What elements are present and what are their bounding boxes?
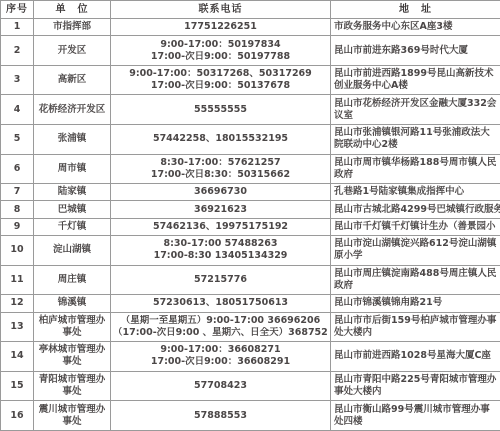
address-cell: 昆山市锦溪镇锦甪路21号 xyxy=(331,295,500,312)
unit-cell: 青阳城市管理办事处 xyxy=(34,371,111,401)
serial-cell: 14 xyxy=(1,342,34,372)
address-cell: 昆山市淀山湖镇淀兴路612号淀山湖镇原小学 xyxy=(331,236,500,266)
table-row: 3高新区9:00-17:00：50317268、5031726917:00-次日… xyxy=(1,65,500,95)
address-cell: 昆山市张浦镇银河路11号张浦政法大院联动中心2楼 xyxy=(331,125,500,155)
table-row: 16震川城市管理办事处57888553昆山市衡山路99号震川城市管理办事处四楼 xyxy=(1,401,500,431)
phone-cell: 57215776 xyxy=(111,265,331,295)
table-row: 13柏庐城市管理办事处（星期一至星期五）9:00-17:00 36696206（… xyxy=(1,312,500,342)
phone-cell: 57462136、19975175192 xyxy=(111,218,331,235)
phone-line: 9:00-17:00：36608271 xyxy=(113,344,328,356)
phone-cell: 57888553 xyxy=(111,401,331,431)
phone-cell: 8:30-17:00 5748826317:00-8:30 1340513432… xyxy=(111,236,331,266)
table-body: 1市指挥部17751226251市政务服务中心东区A座3楼2开发区9:00-17… xyxy=(1,19,500,431)
address-cell: 昆山市千灯镇千灯镇计生办（善景园小 xyxy=(331,218,500,235)
table-row: 11周庄镇57215776昆山市周庄镇淀南路488号周庄镇人民政府 xyxy=(1,265,500,295)
phone-line: 17:00-次日9:00：50197788 xyxy=(113,51,328,63)
table-header: 序号 单 位 联系电话 地 址 xyxy=(1,1,500,19)
serial-cell: 6 xyxy=(1,154,34,184)
unit-cell: 周庄镇 xyxy=(34,265,111,295)
phone-line: （星期一至星期五）9:00-17:00 36696206 xyxy=(113,315,328,327)
address-cell: 孔巷路1号陆家镇集成指挥中心 xyxy=(331,184,500,201)
unit-cell: 张浦镇 xyxy=(34,125,111,155)
table-row: 10淀山湖镇8:30-17:00 5748826317:00-8:30 1340… xyxy=(1,236,500,266)
table-row: 2开发区9:00-17:00：5019783417:00-次日9:00：5019… xyxy=(1,36,500,66)
table-row: 6周市镇8:30-17:00：5762125717:00-次日8:30：5031… xyxy=(1,154,500,184)
unit-cell: 陆家镇 xyxy=(34,184,111,201)
serial-cell: 13 xyxy=(1,312,34,342)
table-row: 12锦溪镇57230613、18051750613昆山市锦溪镇锦甪路21号 xyxy=(1,295,500,312)
phone-line: 57708423 xyxy=(113,380,328,392)
address-cell: 昆山市前进东路369号时代大厦 xyxy=(331,36,500,66)
phone-line: 57230613、18051750613 xyxy=(113,297,328,309)
phone-line: 17:00-8:30 13405134329 xyxy=(113,250,328,262)
phone-line: 57215776 xyxy=(113,274,328,286)
table-row: 1市指挥部17751226251市政务服务中心东区A座3楼 xyxy=(1,19,500,36)
phone-line: 17:00-次日9:00：50137678 xyxy=(113,80,328,92)
header-phone: 联系电话 xyxy=(111,1,331,19)
table-row: 8巴城镇36921623昆山市古城北路4299号巴城镇行政服务中 xyxy=(1,201,500,218)
phone-line: 36921623 xyxy=(113,204,328,216)
unit-cell: 淀山湖镇 xyxy=(34,236,111,266)
unit-cell: 高新区 xyxy=(34,65,111,95)
address-cell: 昆山市衡山路99号震川城市管理办事处四楼 xyxy=(331,401,500,431)
serial-cell: 16 xyxy=(1,401,34,431)
serial-cell: 7 xyxy=(1,184,34,201)
phone-line: 36696730 xyxy=(113,186,328,198)
phone-line: （17:00-次日9:00 、星期六、日全天）36875257 xyxy=(113,327,328,339)
phone-line: 57462136、19975175192 xyxy=(113,221,328,233)
phone-cell: 9:00-17:00：3660827117:00-次日9:00：36608291 xyxy=(111,342,331,372)
phone-cell: 57708423 xyxy=(111,371,331,401)
serial-cell: 1 xyxy=(1,19,34,36)
contact-table: 序号 单 位 联系电话 地 址 1市指挥部17751226251市政务服务中心东… xyxy=(0,0,500,431)
phone-line: 55555555 xyxy=(113,104,328,116)
serial-cell: 12 xyxy=(1,295,34,312)
phone-line: 17751226251 xyxy=(113,21,328,33)
unit-cell: 亭林城市管理办事处 xyxy=(34,342,111,372)
header-unit: 单 位 xyxy=(34,1,111,19)
address-cell: 昆山市周市镇华杨路188号周市镇人民政府 xyxy=(331,154,500,184)
serial-cell: 11 xyxy=(1,265,34,295)
phone-cell: 36696730 xyxy=(111,184,331,201)
address-cell: 市政务服务中心东区A座3楼 xyxy=(331,19,500,36)
table-row: 14亭林城市管理办事处9:00-17:00：3660827117:00-次日9:… xyxy=(1,342,500,372)
phone-line: 9:00-17:00：50197834 xyxy=(113,39,328,51)
table-row: 4花桥经济开发区55555555昆山市花桥经济开发区金融大厦332会议室 xyxy=(1,95,500,125)
serial-cell: 10 xyxy=(1,236,34,266)
phone-cell: 55555555 xyxy=(111,95,331,125)
address-cell: 昆山市花桥经济开发区金融大厦332会议室 xyxy=(331,95,500,125)
phone-cell: 17751226251 xyxy=(111,19,331,36)
phone-line: 8:30-17:00 57488263 xyxy=(113,238,328,250)
phone-line: 9:00-17:00：50317268、50317269 xyxy=(113,68,328,80)
phone-line: 17:00-次日8:30：50315662 xyxy=(113,169,328,181)
unit-cell: 开发区 xyxy=(34,36,111,66)
unit-cell: 千灯镇 xyxy=(34,218,111,235)
phone-line: 17:00-次日9:00：36608291 xyxy=(113,356,328,368)
unit-cell: 震川城市管理办事处 xyxy=(34,401,111,431)
serial-cell: 2 xyxy=(1,36,34,66)
table-row: 5张浦镇57442258、18015532195昆山市张浦镇银河路11号张浦政法… xyxy=(1,125,500,155)
phone-line: 57888553 xyxy=(113,410,328,422)
header-serial: 序号 xyxy=(1,1,34,19)
header-address: 地 址 xyxy=(331,1,500,19)
address-cell: 昆山市前进西路1028号星海大厦C座 xyxy=(331,342,500,372)
table-row: 15青阳城市管理办事处57708423昆山市青阳中路225号青阳城市管理办事处大… xyxy=(1,371,500,401)
phone-cell: 9:00-17:00：50317268、5031726917:00-次日9:00… xyxy=(111,65,331,95)
address-cell: 昆山市古城北路4299号巴城镇行政服务中 xyxy=(331,201,500,218)
address-cell: 昆山市青阳中路225号青阳城市管理办事处大楼内 xyxy=(331,371,500,401)
address-cell: 昆山市市后街159号柏庐城市管理办事处大楼内 xyxy=(331,312,500,342)
unit-cell: 柏庐城市管理办事处 xyxy=(34,312,111,342)
serial-cell: 9 xyxy=(1,218,34,235)
serial-cell: 5 xyxy=(1,125,34,155)
phone-cell: （星期一至星期五）9:00-17:00 36696206（17:00-次日9:0… xyxy=(111,312,331,342)
table-row: 9千灯镇57462136、19975175192昆山市千灯镇千灯镇计生办（善景园… xyxy=(1,218,500,235)
serial-cell: 4 xyxy=(1,95,34,125)
header-row: 序号 单 位 联系电话 地 址 xyxy=(1,1,500,19)
unit-cell: 市指挥部 xyxy=(34,19,111,36)
phone-cell: 8:30-17:00：5762125717:00-次日8:30：50315662 xyxy=(111,154,331,184)
unit-cell: 周市镇 xyxy=(34,154,111,184)
phone-line: 8:30-17:00：57621257 xyxy=(113,157,328,169)
address-cell: 昆山市前进西路1899号昆山高新技术创业服务中心A楼 xyxy=(331,65,500,95)
phone-line: 57442258、18015532195 xyxy=(113,133,328,145)
phone-cell: 57442258、18015532195 xyxy=(111,125,331,155)
phone-cell: 57230613、18051750613 xyxy=(111,295,331,312)
unit-cell: 锦溪镇 xyxy=(34,295,111,312)
address-cell: 昆山市周庄镇淀南路488号周庄镇人民政府 xyxy=(331,265,500,295)
unit-cell: 巴城镇 xyxy=(34,201,111,218)
phone-cell: 9:00-17:00：5019783417:00-次日9:00：50197788 xyxy=(111,36,331,66)
serial-cell: 8 xyxy=(1,201,34,218)
serial-cell: 15 xyxy=(1,371,34,401)
phone-cell: 36921623 xyxy=(111,201,331,218)
serial-cell: 3 xyxy=(1,65,34,95)
table-row: 7陆家镇36696730孔巷路1号陆家镇集成指挥中心 xyxy=(1,184,500,201)
unit-cell: 花桥经济开发区 xyxy=(34,95,111,125)
